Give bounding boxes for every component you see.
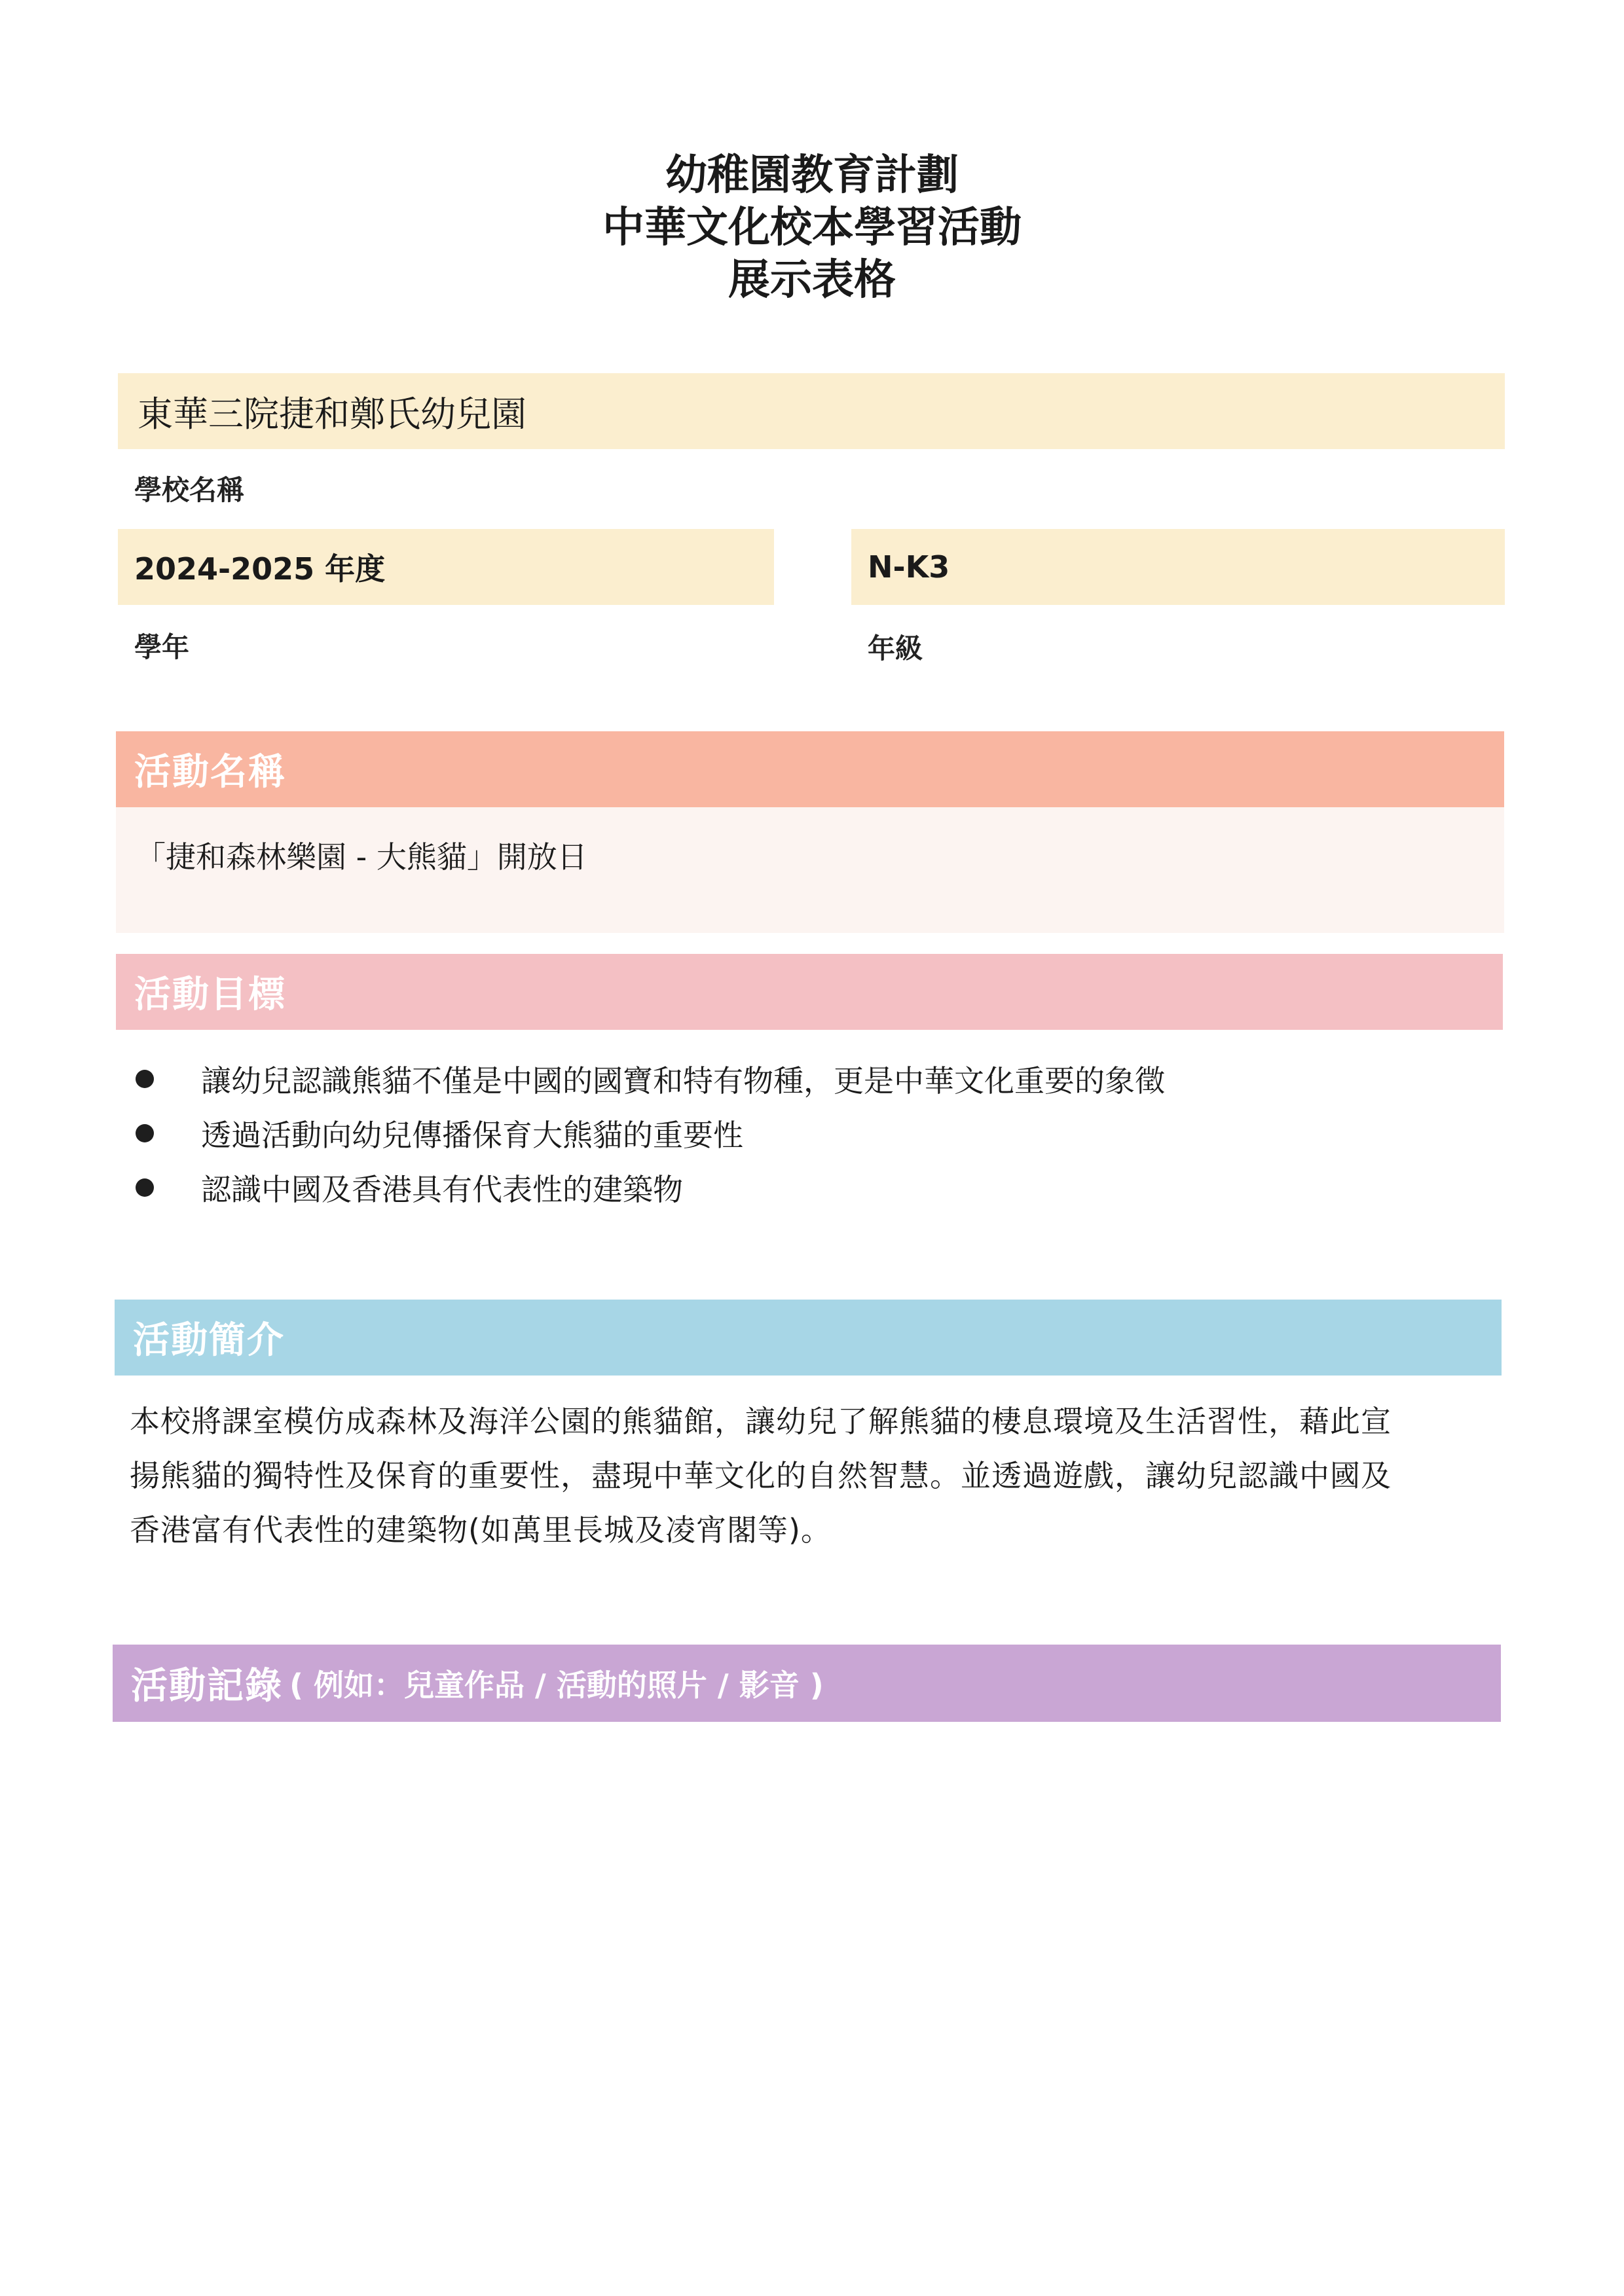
school-year-label: 學年	[134, 626, 189, 665]
title-line-3: 展示表格	[0, 254, 1624, 306]
section-activity-record-header: 活動記錄 ( 例如：兒童作品 / 活動的照片 / 影音 )	[113, 1645, 1501, 1722]
school-name-value: 東華三院捷和鄭氏幼兒園	[138, 386, 526, 437]
goal-text: 認識中國及香港具有代表性的建築物	[201, 1166, 683, 1209]
grade-field: N-K3	[851, 529, 1505, 605]
document-title: 幼稚園教育計劃 中華文化校本學習活動 展示表格	[0, 149, 1624, 306]
section-activity-goals-header: 活動目標	[116, 954, 1503, 1030]
goal-item: 認識中國及香港具有代表性的建築物	[116, 1160, 1503, 1214]
grade-label: 年級	[868, 627, 923, 666]
school-name-label: 學校名稱	[134, 469, 244, 508]
title-line-2: 中華文化校本學習活動	[0, 202, 1624, 254]
goal-item: 透過活動向幼兒傳播保育大熊貓的重要性	[116, 1106, 1503, 1160]
activity-name-content: 「捷和森林樂園 - 大熊貓」開放日	[116, 807, 1504, 933]
section-activity-record-subtitle: ( 例如：兒童作品 / 活動的照片 / 影音 )	[289, 1662, 824, 1705]
school-year-value: 2024-2025 年度	[134, 545, 385, 589]
bullet-icon	[136, 1178, 154, 1197]
activity-name-value: 「捷和森林樂園 - 大熊貓」開放日	[136, 839, 587, 875]
intro-line: 香港富有代表性的建築物(如萬里長城及凌宵閣等)。	[130, 1503, 1505, 1558]
school-year-field: 2024-2025 年度	[118, 529, 774, 605]
activity-intro-text: 本校將課室模仿成森林及海洋公園的熊貓館，讓幼兒了解熊貓的棲息環境及生活習性，藉此…	[130, 1394, 1505, 1558]
section-activity-name-header: 活動名稱	[116, 731, 1504, 807]
section-activity-name-title: 活動名稱	[134, 743, 286, 795]
activity-goals-list: 讓幼兒認識熊貓不僅是中國的國寶和特有物種，更是中華文化重要的象徵 透過活動向幼兒…	[116, 1051, 1503, 1214]
school-name-field: 東華三院捷和鄭氏幼兒園	[118, 373, 1505, 449]
section-activity-intro-title: 活動簡介	[133, 1311, 285, 1364]
bullet-icon	[136, 1070, 154, 1088]
section-activity-record-title: 活動記錄	[131, 1657, 283, 1709]
section-activity-goals-title: 活動目標	[134, 966, 286, 1018]
title-line-1: 幼稚園教育計劃	[0, 149, 1624, 202]
bullet-icon	[136, 1124, 154, 1142]
goal-item: 讓幼兒認識熊貓不僅是中國的國寶和特有物種，更是中華文化重要的象徵	[116, 1051, 1503, 1106]
grade-value: N-K3	[868, 549, 950, 585]
section-activity-intro-header: 活動簡介	[115, 1300, 1502, 1376]
goal-text: 透過活動向幼兒傳播保育大熊貓的重要性	[201, 1112, 743, 1155]
goal-text: 讓幼兒認識熊貓不僅是中國的國寶和特有物種，更是中華文化重要的象徵	[201, 1057, 1165, 1101]
intro-line: 本校將課室模仿成森林及海洋公園的熊貓館，讓幼兒了解熊貓的棲息環境及生活習性，藉此…	[130, 1394, 1505, 1449]
intro-line: 揚熊貓的獨特性及保育的重要性，盡現中華文化的自然智慧。並透過遊戲，讓幼兒認識中國…	[130, 1449, 1505, 1503]
